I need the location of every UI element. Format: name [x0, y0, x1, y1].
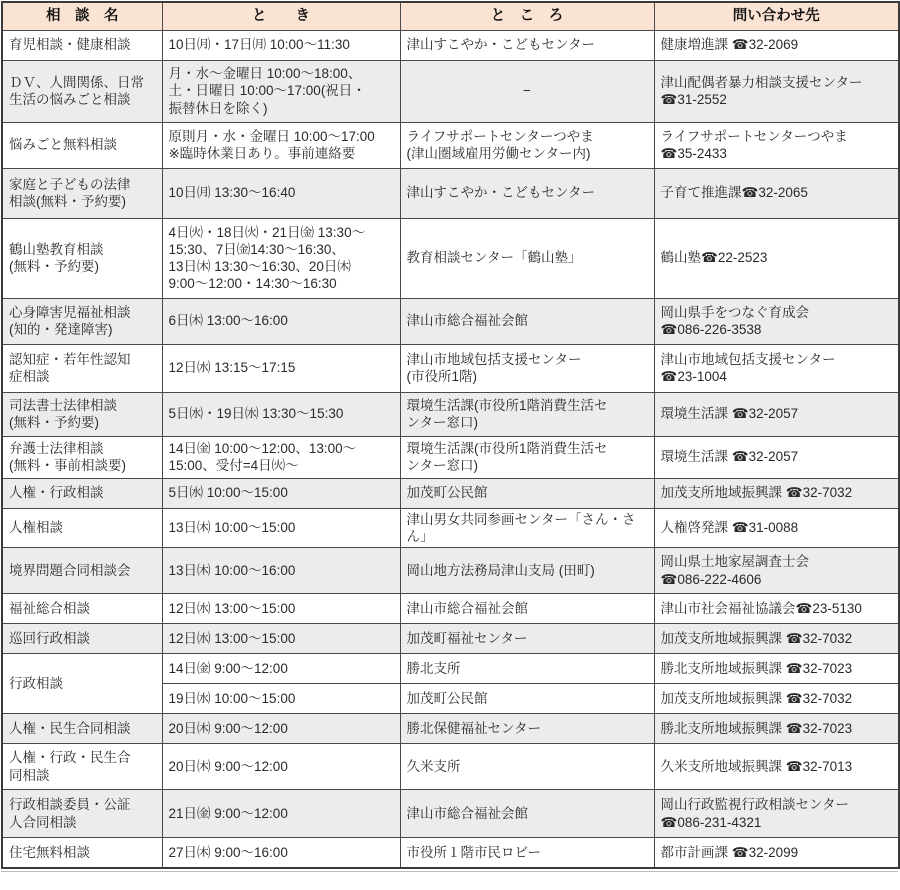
place-cell: 津山男女共同参画センター「さん・さん」 — [400, 508, 654, 548]
contact-cell: 加茂支所地域振興課 ☎32-7032 — [654, 478, 899, 508]
place-cell: 加茂町公民館 — [400, 478, 654, 508]
table-row: 巡回行政相談 12日㈬ 13:00～15:00 加茂町福祉センター 加茂支所地域… — [2, 624, 899, 654]
header-contact: 問い合わせ先 — [654, 2, 899, 30]
consultation-name-cell: 人権相談 — [2, 508, 162, 548]
place-cell: 市役所１階市民ロビー — [400, 838, 654, 868]
place-cell: 津山市総合福祉会館 — [400, 298, 654, 344]
contact-cell: 岡山県土地家屋調査士会 ☎086-222-4606 — [654, 548, 899, 594]
contact-cell: 人権啓発課 ☎31-0088 — [654, 508, 899, 548]
place-cell: 環境生活課(市役所1階消費生活セ ンター窓口) — [400, 392, 654, 436]
table-row: 行政相談 14日㈮ 9:00～12:00 勝北支所 勝北支所地域振興課 ☎32-… — [2, 654, 899, 684]
consultation-name-cell: 境界問題合同相談会 — [2, 548, 162, 594]
place-cell: 環境生活課(市役所1階消費生活セ ンター窓口) — [400, 436, 654, 478]
consultation-name-cell: 家庭と子どもの法律 相談(無料・予約要) — [2, 168, 162, 218]
place-cell: 久米支所 — [400, 744, 654, 790]
consultation-name-cell: 心身障害児福祉相談 (知的・発達障害) — [2, 298, 162, 344]
consultation-name-cell: 育児相談・健康相談 — [2, 30, 162, 60]
time-cell: 原則月・水・金曜日 10:00～17:00 ※臨時休業日あり。事前連絡要 — [162, 122, 400, 168]
time-cell: 12日㈬ 13:00～15:00 — [162, 594, 400, 624]
contact-cell: 環境生活課 ☎32-2057 — [654, 392, 899, 436]
table-row: 行政相談委員・公証 人合同相談 21日㈮ 9:00～12:00 津山市総合福祉会… — [2, 790, 899, 838]
consultation-name-cell: 住宅無料相談 — [2, 838, 162, 868]
consultation-table: 相 談 名 と き と こ ろ 問い合わせ先 育児相談・健康相談 10日㈪・17… — [1, 1, 900, 869]
time-cell: 13日㈭ 10:00～16:00 — [162, 548, 400, 594]
table-row: 弁護士法律相談 (無料・事前相談要) 14日㈮ 10:00～12:00、13:0… — [2, 436, 899, 478]
place-cell: 教育相談センター「鶴山塾」 — [400, 218, 654, 298]
time-cell: 4日㈫・18日㈫・21日㈮ 13:30～ 15:30、7日㈮14:30～16:3… — [162, 218, 400, 298]
time-cell: 5日㈬ 10:00～15:00 — [162, 478, 400, 508]
table-row: 心身障害児福祉相談 (知的・発達障害) 6日㈭ 13:00～16:00 津山市総… — [2, 298, 899, 344]
page-edge-divider — [1, 871, 898, 872]
time-cell: 21日㈮ 9:00～12:00 — [162, 790, 400, 838]
consultation-name-cell: 行政相談 — [2, 654, 162, 714]
header-consultation-name: 相 談 名 — [2, 2, 162, 30]
consultation-name-cell: 福祉総合相談 — [2, 594, 162, 624]
time-cell: 14日㈮ 10:00～12:00、13:00～ 15:00、受付=4日㈫～ — [162, 436, 400, 478]
contact-cell: 加茂支所地域振興課 ☎32-7032 — [654, 684, 899, 714]
table-row: 境界問題合同相談会 13日㈭ 10:00～16:00 岡山地方法務局津山支局 (… — [2, 548, 899, 594]
place-cell: 勝北保健福祉センター — [400, 714, 654, 744]
table-row: 人権・民生合同相談 20日㈭ 9:00～12:00 勝北保健福祉センター 勝北支… — [2, 714, 899, 744]
contact-cell: 加茂支所地域振興課 ☎32-7032 — [654, 624, 899, 654]
header-when: と き — [162, 2, 400, 30]
time-cell: 12日㈬ 13:00～15:00 — [162, 624, 400, 654]
table-row: 住宅無料相談 27日㈭ 9:00～16:00 市役所１階市民ロビー 都市計画課 … — [2, 838, 899, 868]
time-cell: 20日㈭ 9:00～12:00 — [162, 714, 400, 744]
contact-cell: 環境生活課 ☎32-2057 — [654, 436, 899, 478]
consultation-name-cell: 人権・民生合同相談 — [2, 714, 162, 744]
place-cell: 加茂町福祉センター — [400, 624, 654, 654]
consultation-name-cell: ＤＶ、人間関係、日常生活の悩みごと相談 — [2, 60, 162, 122]
consultation-name-cell: 悩みごと無料相談 — [2, 122, 162, 168]
table-row: 人権・行政・民生合 同相談 20日㈭ 9:00～12:00 久米支所 久米支所地… — [2, 744, 899, 790]
table-row: 人権・行政相談 5日㈬ 10:00～15:00 加茂町公民館 加茂支所地域振興課… — [2, 478, 899, 508]
time-cell: 10日㈪ 13:30～16:40 — [162, 168, 400, 218]
contact-cell: 鶴山塾☎22-2523 — [654, 218, 899, 298]
table-row: 福祉総合相談 12日㈬ 13:00～15:00 津山市総合福祉会館 津山市社会福… — [2, 594, 899, 624]
consultation-name-cell: 人権・行政相談 — [2, 478, 162, 508]
contact-cell: ライフサポートセンターつやま ☎35-2433 — [654, 122, 899, 168]
table-row: 育児相談・健康相談 10日㈪・17日㈪ 10:00～11:30 津山すこやか・こ… — [2, 30, 899, 60]
time-cell: 月・水～金曜日 10:00～18:00、 土・日曜日 10:00～17:00(祝… — [162, 60, 400, 122]
place-cell: ライフサポートセンターつやま (津山圏域雇用労働センター内) — [400, 122, 654, 168]
place-cell: 津山市総合福祉会館 — [400, 594, 654, 624]
table-row: ＤＶ、人間関係、日常生活の悩みごと相談 月・水～金曜日 10:00～18:00、… — [2, 60, 899, 122]
contact-cell: 健康増進課 ☎32-2069 — [654, 30, 899, 60]
consultation-name-cell: 巡回行政相談 — [2, 624, 162, 654]
time-cell: 6日㈭ 13:00～16:00 — [162, 298, 400, 344]
consultation-name-cell: 行政相談委員・公証 人合同相談 — [2, 790, 162, 838]
contact-cell: 都市計画課 ☎32-2099 — [654, 838, 899, 868]
contact-cell: 津山市地域包括支援センター ☎23-1004 — [654, 344, 899, 392]
contact-cell: 岡山行政監視行政相談センター ☎086-231-4321 — [654, 790, 899, 838]
consultation-name-cell: 鶴山塾教育相談 (無料・予約要) — [2, 218, 162, 298]
place-cell: 津山すこやか・こどもセンター — [400, 30, 654, 60]
table-row: 司法書士法律相談 (無料・予約要) 5日㈬・19日㈬ 13:30～15:30 環… — [2, 392, 899, 436]
contact-cell: 津山配偶者暴力相談支援センター☎31-2552 — [654, 60, 899, 122]
consultation-name-cell: 人権・行政・民生合 同相談 — [2, 744, 162, 790]
place-cell: − — [400, 60, 654, 122]
table-row: 人権相談 13日㈭ 10:00～15:00 津山男女共同参画センター「さん・さん… — [2, 508, 899, 548]
header-where: と こ ろ — [400, 2, 654, 30]
table-row: 認知症・若年性認知 症相談 12日㈬ 13:15～17:15 津山市地域包括支援… — [2, 344, 899, 392]
contact-cell: 勝北支所地域振興課 ☎32-7023 — [654, 714, 899, 744]
contact-cell: 久米支所地域振興課 ☎32-7013 — [654, 744, 899, 790]
time-cell: 10日㈪・17日㈪ 10:00～11:30 — [162, 30, 400, 60]
time-cell: 12日㈬ 13:15～17:15 — [162, 344, 400, 392]
consultation-name-cell: 弁護士法律相談 (無料・事前相談要) — [2, 436, 162, 478]
contact-cell: 岡山県手をつなぐ育成会 ☎086-226-3538 — [654, 298, 899, 344]
time-cell: 27日㈭ 9:00～16:00 — [162, 838, 400, 868]
contact-cell: 子育て推進課☎32-2065 — [654, 168, 899, 218]
place-cell: 勝北支所 — [400, 654, 654, 684]
place-cell: 津山市地域包括支援センター (市役所1階) — [400, 344, 654, 392]
contact-cell: 勝北支所地域振興課 ☎32-7023 — [654, 654, 899, 684]
table-row: 家庭と子どもの法律 相談(無料・予約要) 10日㈪ 13:30～16:40 津山… — [2, 168, 899, 218]
table-row: 悩みごと無料相談 原則月・水・金曜日 10:00～17:00 ※臨時休業日あり。… — [2, 122, 899, 168]
consultation-name-cell: 司法書士法律相談 (無料・予約要) — [2, 392, 162, 436]
time-cell: 19日㈬ 10:00～15:00 — [162, 684, 400, 714]
time-cell: 20日㈭ 9:00～12:00 — [162, 744, 400, 790]
time-cell: 13日㈭ 10:00～15:00 — [162, 508, 400, 548]
consultation-name-cell: 認知症・若年性認知 症相談 — [2, 344, 162, 392]
place-cell: 加茂町公民館 — [400, 684, 654, 714]
header-row: 相 談 名 と き と こ ろ 問い合わせ先 — [2, 2, 899, 30]
table-row: 鶴山塾教育相談 (無料・予約要) 4日㈫・18日㈫・21日㈮ 13:30～ 15… — [2, 218, 899, 298]
contact-cell: 津山市社会福祉協議会☎23-5130 — [654, 594, 899, 624]
time-cell: 14日㈮ 9:00～12:00 — [162, 654, 400, 684]
place-cell: 津山すこやか・こどもセンター — [400, 168, 654, 218]
time-cell: 5日㈬・19日㈬ 13:30～15:30 — [162, 392, 400, 436]
place-cell: 津山市総合福祉会館 — [400, 790, 654, 838]
place-cell: 岡山地方法務局津山支局 (田町) — [400, 548, 654, 594]
